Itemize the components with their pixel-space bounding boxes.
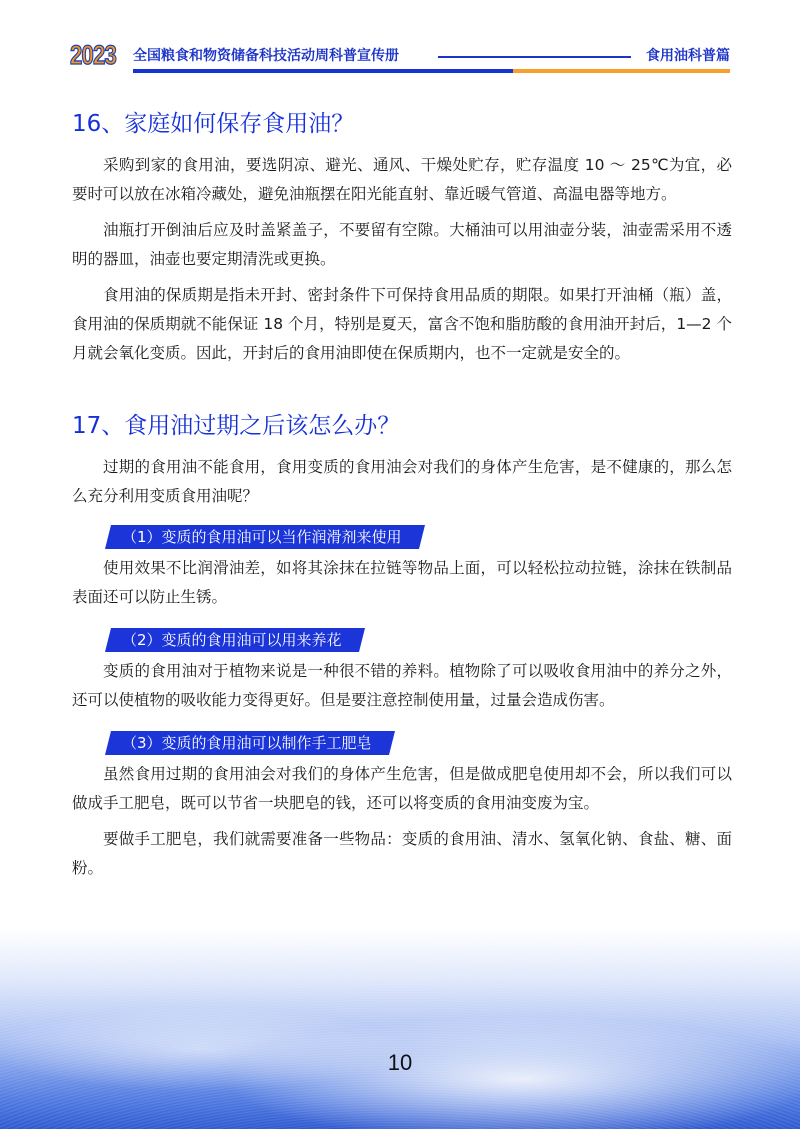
section-heading: 16、家庭如何保存食用油？: [72, 104, 732, 144]
subsection-label: （2）变质的食用油可以用来养花: [108, 628, 362, 652]
subsection-label: （3）变质的食用油可以制作手工肥皂: [108, 731, 392, 755]
header-underline-blue: [133, 69, 513, 73]
paragraph: 要做手工肥皂，我们就需要准备一些物品：变质的食用油、清水、氢氧化钠、食盐、糖、面…: [72, 825, 732, 883]
paragraph: 油瓶打开倒油后应及时盖紧盖子，不要留有空隙。大桶油可以用油壶分装，油壶需采用不透…: [72, 216, 732, 274]
chapter-title: 食用油科普篇: [646, 45, 730, 65]
header-divider-line: [438, 56, 631, 58]
subsection-label: （1）变质的食用油可以当作润滑剂来使用: [108, 525, 422, 549]
section-heading: 17、食用油过期之后该怎么办？: [72, 406, 732, 446]
paragraph: 食用油的保质期是指未开封、密封条件下可保持食用品质的期限。如果打开油桶（瓶）盖，…: [72, 281, 732, 368]
footer-background-wave: [0, 929, 800, 1129]
paragraph: 过期的食用油不能食用，食用变质的食用油会对我们的身体产生危害，是不健康的，那么怎…: [72, 453, 732, 511]
subsection-lubricant: （1）变质的食用油可以当作润滑剂来使用 使用效果不比润滑油差，如将其涂抹在拉链等…: [72, 525, 732, 612]
section-16: 16、家庭如何保存食用油？ 采购到家的食用油，要选阴凉、避光、通风、干燥处贮存，…: [72, 104, 732, 368]
subsection-gardening: （2）变质的食用油可以用来养花 变质的食用油对于植物来说是一种很不错的养料。植物…: [72, 628, 732, 715]
page-header: 2023 全国粮食和物资储备科技活动周科普宣传册 食用油科普篇: [70, 40, 730, 74]
subsection-soap: （3）变质的食用油可以制作手工肥皂 虽然食用过期的食用油会对我们的身体产生危害，…: [72, 731, 732, 883]
paragraph: 使用效果不比润滑油差，如将其涂抹在拉链等物品上面，可以轻松拉动拉链，涂抹在铁制品…: [72, 554, 732, 612]
header-underline-orange: [513, 69, 730, 73]
page-number: 10: [0, 1050, 800, 1076]
paragraph: 变质的食用油对于植物来说是一种很不错的养料。植物除了可以吸收食用油中的养分之外，…: [72, 657, 732, 715]
paragraph: 虽然食用过期的食用油会对我们的身体产生危害，但是做成肥皂使用却不会，所以我们可以…: [72, 760, 732, 818]
year-logo: 2023: [70, 40, 116, 71]
section-17: 17、食用油过期之后该怎么办？ 过期的食用油不能食用，食用变质的食用油会对我们的…: [72, 406, 732, 883]
paragraph: 采购到家的食用油，要选阴凉、避光、通风、干燥处贮存，贮存温度 10 ～ 25℃为…: [72, 151, 732, 209]
series-title: 全国粮食和物资储备科技活动周科普宣传册: [133, 45, 399, 65]
page-content: 16、家庭如何保存食用油？ 采购到家的食用油，要选阴凉、避光、通风、干燥处贮存，…: [72, 104, 732, 883]
